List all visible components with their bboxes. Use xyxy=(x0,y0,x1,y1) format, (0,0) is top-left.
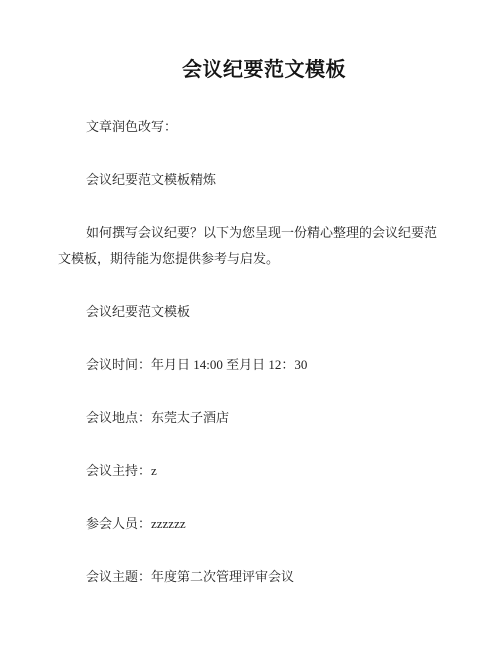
line-template-heading: 会议纪要范文模板 xyxy=(58,299,442,325)
line-meeting-time: 会议时间：年月日 14:00 至月日 12：30 xyxy=(58,352,442,378)
line-article-polish: 文章润色改写： xyxy=(58,114,442,140)
document-page: 会议纪要范文模板 文章润色改写： 会议纪要范文模板精炼 如何撰写会议纪要？以下为… xyxy=(0,0,500,647)
line-meeting-topic: 会议主题：年度第二次管理评审会议 xyxy=(58,564,442,590)
line-template-refined: 会议纪要范文模板精炼 xyxy=(58,167,442,193)
document-title: 会议纪要范文模板 xyxy=(58,56,442,84)
line-meeting-location: 会议地点：东莞太子酒店 xyxy=(58,405,442,431)
paragraph-intro: 如何撰写会议纪要？以下为您呈现一份精心整理的会议纪要范文模板，期待能为您提供参考… xyxy=(58,220,442,272)
document-content: 会议纪要范文模板 文章润色改写： 会议纪要范文模板精炼 如何撰写会议纪要？以下为… xyxy=(0,0,500,590)
line-attendees: 参会人员：zzzzzz xyxy=(58,511,442,537)
line-meeting-host: 会议主持：z xyxy=(58,458,442,484)
